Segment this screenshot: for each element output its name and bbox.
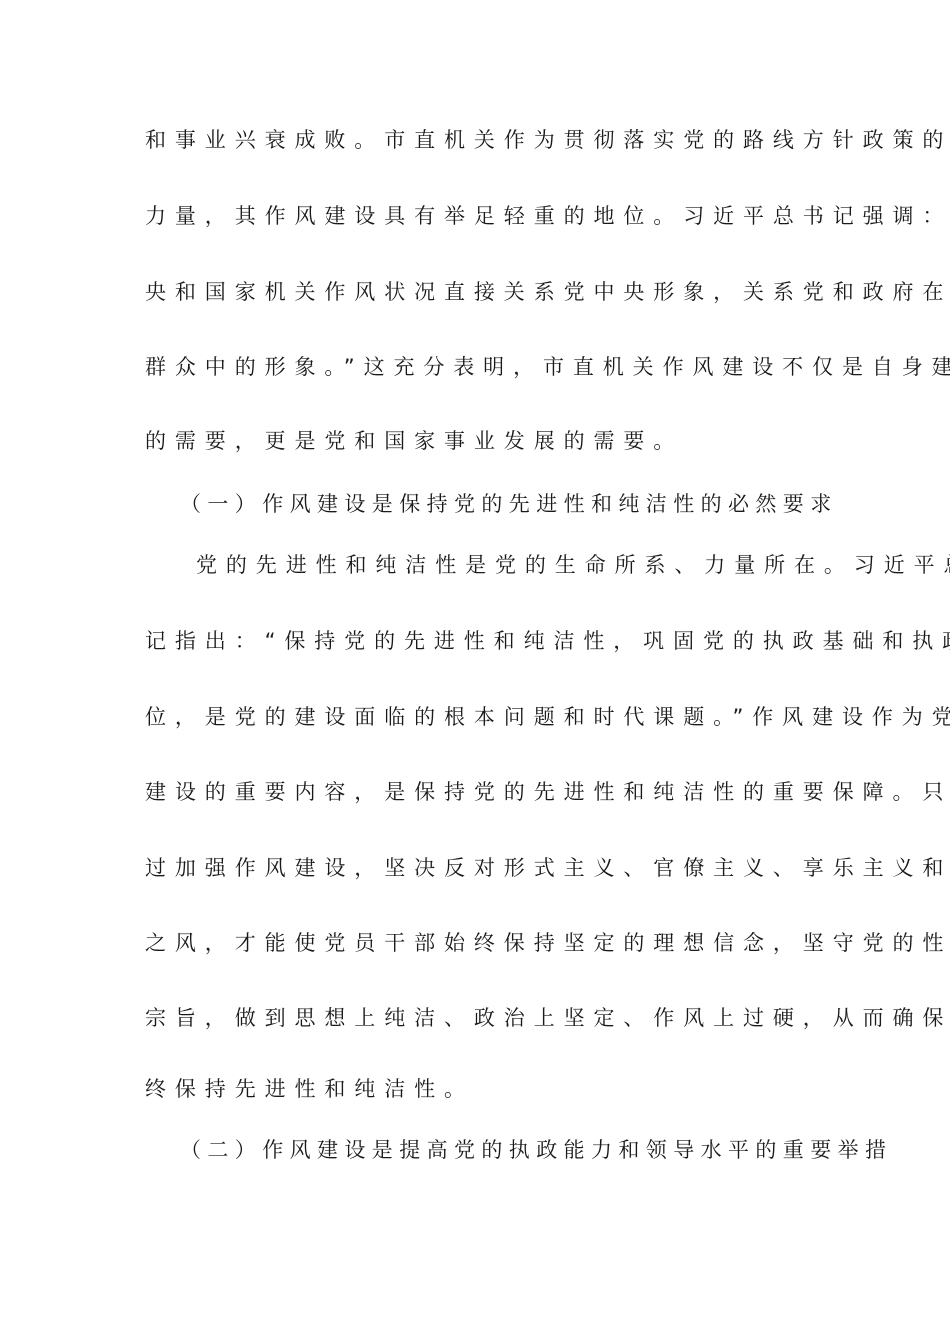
document-page: 和事业兴衰成败。市直机关作为贯彻落实党的路线方针政策的重要 力量，其作风建设具有… [0,0,950,1344]
body-line: 和事业兴衰成败。市直机关作为贯彻落实党的路线方针政策的重要 [145,125,815,155]
section-heading-1: （一）作风建设是保持党的先进性和纯洁性的必然要求 [180,489,850,519]
body-line: 宗旨，做到思想上纯洁、政治上坚定、作风上过硬，从而确保党始 [145,1003,815,1033]
body-line: 过加强作风建设，坚决反对形式主义、官僚主义、享乐主义和奢靡 [145,853,815,883]
body-line: 记指出：“保持党的先进性和纯洁性，巩固党的执政基础和执政地 [145,626,815,656]
body-line: 的需要，更是党和国家事业发展的需要。 [145,426,815,456]
body-line: 之风，才能使党员干部始终保持坚定的理想信念，坚守党的性质和 [145,928,815,958]
section-heading-2: （二）作风建设是提高党的执政能力和领导水平的重要举措 [180,1135,850,1165]
body-line: 群众中的形象。”这充分表明，市直机关作风建设不仅是自身建设 [145,352,815,382]
body-line: 建设的重要内容，是保持党的先进性和纯洁性的重要保障。只有通 [145,777,815,807]
body-line: 位，是党的建设面临的根本问题和时代课题。”作风建设作为党的 [145,702,815,732]
paragraph-first-line: 党的先进性和纯洁性是党的生命所系、力量所在。习近平总书 [196,550,866,580]
body-line: 央和国家机关作风状况直接关系党中央形象，关系党和政府在人民 [145,277,815,307]
body-line: 终保持先进性和纯洁性。 [145,1074,815,1104]
body-line: 力量，其作风建设具有举足轻重的地位。习近平总书记强调：“中 [145,201,815,231]
